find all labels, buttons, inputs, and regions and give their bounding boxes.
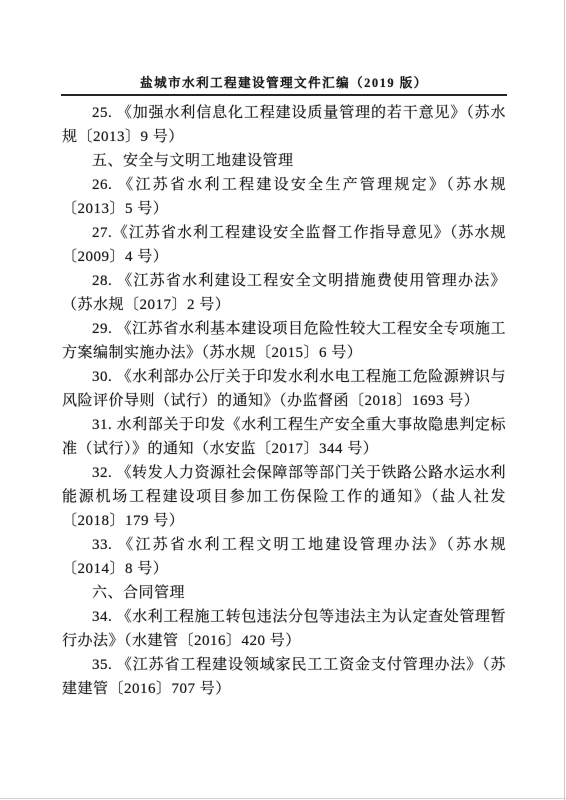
list-item: 29. 《江苏省水利基本建设项目危险性较大工程安全专项施工方案编制实施办法》（苏… <box>62 317 506 365</box>
list-item: 26. 《江苏省水利工程建设安全生产管理规定》（苏水规〔2013〕5 号） <box>62 173 506 221</box>
header-rule <box>61 94 507 96</box>
list-item: 31. 水利部关于印发《水利工程生产安全重大事故隐患判定标准（试行）》的通知（水… <box>62 413 506 461</box>
list-item: 33. 《江苏省水利工程文明工地建设管理办法》（苏水规〔2014〕8 号） <box>62 533 506 581</box>
list-item: 27.《江苏省水利工程建设安全监督工作指导意见》（苏水规〔2009〕4 号） <box>62 221 506 269</box>
list-item: 30. 《水利部办公厅关于印发水利水电工程施工危险源辨识与风险评价导则（试行）的… <box>62 365 506 413</box>
section-heading: 六、合同管理 <box>62 581 506 605</box>
page-header-title: 盐城市水利工程建设管理文件汇编（2019 版） <box>61 73 507 91</box>
list-item: 32. 《转发人力资源社会保障部等部门关于铁路公路水运水利能源机场工程建设项目参… <box>62 461 506 533</box>
scan-edge-right <box>564 0 565 800</box>
list-item: 28. 《江苏省水利建设工程安全文明措施费使用管理办法》（苏水规〔2017〕2 … <box>62 269 506 317</box>
list-item: 34. 《水利工程施工转包违法分包等违法主为认定查处管理暂行办法》（水建管〔20… <box>62 605 506 653</box>
list-item: 35. 《江苏省工程建设领域家民工工资金支付管理办法》（苏建建管〔2016〕70… <box>62 653 506 701</box>
scan-edge-bottom <box>0 798 566 799</box>
list-item: 25. 《加强水利信息化工程建设质量管理的若干意见》（苏水规〔2013〕9 号） <box>62 101 506 149</box>
document-page: 盐城市水利工程建设管理文件汇编（2019 版） 25. 《加强水利信息化工程建设… <box>0 0 566 800</box>
document-body: 25. 《加强水利信息化工程建设质量管理的若干意见》（苏水规〔2013〕9 号）… <box>62 101 506 701</box>
section-heading: 五、安全与文明工地建设管理 <box>62 149 506 173</box>
